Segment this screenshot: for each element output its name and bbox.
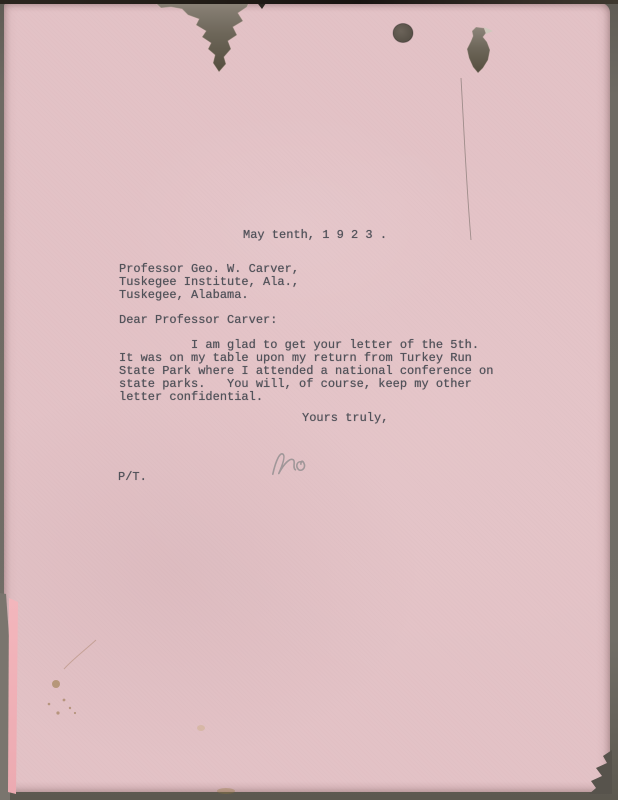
scanned-letter-page: May tenth, 1 9 2 3 . Professor Geo. W. C… xyxy=(0,0,618,800)
typewritten-text-layer: May tenth, 1 9 2 3 . Professor Geo. W. C… xyxy=(0,0,618,800)
handwritten-note xyxy=(266,443,320,487)
scanner-top-shadow xyxy=(0,0,618,4)
body-line-5: letter confidential. xyxy=(119,391,263,404)
closing: Yours truly, xyxy=(302,412,388,425)
recipient-line-3: Tuskegee, Alabama. xyxy=(119,289,249,302)
typist-initials: P/T. xyxy=(118,471,147,484)
salutation: Dear Professor Carver: xyxy=(119,314,277,327)
date-line: May tenth, 1 9 2 3 . xyxy=(243,229,387,242)
